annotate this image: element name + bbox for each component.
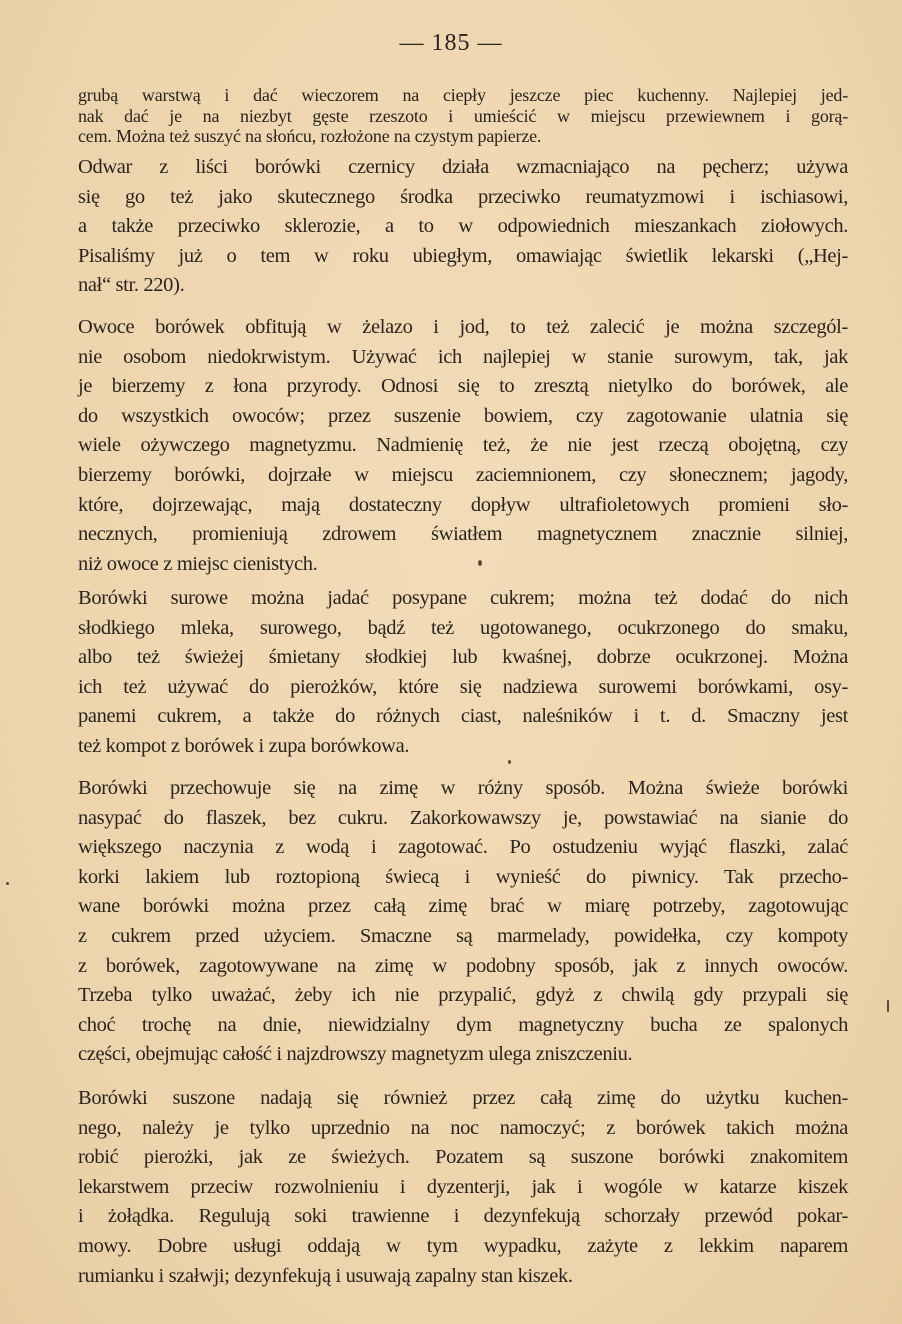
- text-line: części, obejmując całość i najzdrowszy m…: [78, 1040, 848, 1070]
- text-line: bierzemy borówki, dojrzałe w miejscu zac…: [78, 461, 848, 491]
- text-line: cem. Można też suszyć na słońcu, rozłożo…: [78, 126, 848, 147]
- text-line: do wszystkich owoców; przez suszenie bow…: [78, 402, 848, 432]
- text-line: Borówki suszone nadają się również przez…: [78, 1084, 848, 1114]
- text-line: Borówki surowe można jadać posypane cukr…: [78, 584, 848, 614]
- text-line: z borówek, zagotowywane na zimę w podobn…: [78, 952, 848, 982]
- paragraph-surowe: Borówki surowe można jadać posypane cukr…: [78, 584, 848, 762]
- text-line: się go też jako skutecznego środka przec…: [78, 183, 848, 213]
- scan-speck: [508, 760, 511, 764]
- paragraph-owoce: Owoce borówek obfitują w żelazo i jod, t…: [78, 313, 848, 579]
- text-line: wane borówki można przez całą zimę brać …: [78, 892, 848, 922]
- text-line: rumianku i szałwji; dezynfekują i usuwaj…: [78, 1262, 848, 1292]
- text-line: większego naczynia z wodą i zagotować. P…: [78, 833, 848, 863]
- scan-speck: [6, 882, 9, 885]
- text-line: z cukrem przed użyciem. Smaczne są marme…: [78, 922, 848, 952]
- text-line: nie osobom niedokrwistym. Używać ich naj…: [78, 343, 848, 373]
- text-line: nał“ str. 220).: [78, 271, 848, 301]
- book-page: — 185 — grubą warstwą i dać wieczorem na…: [0, 0, 902, 1324]
- scan-speck: [887, 1000, 889, 1012]
- text-line: panemi cukrem, a także do różnych ciast,…: [78, 702, 848, 732]
- text-line: mowy. Dobre usługi oddają w tym wypadku,…: [78, 1232, 848, 1262]
- text-line: a także przeciwko sklerozie, a to w odpo…: [78, 212, 848, 242]
- text-line: lekarstwem przeciw rozwolnieniu i dyzent…: [78, 1173, 848, 1203]
- text-line: i żołądka. Regulują soki trawienne i dez…: [78, 1202, 848, 1232]
- page-number: — 185 —: [0, 30, 902, 57]
- text-line: słodkiego mleka, surowego, bądź też ugot…: [78, 614, 848, 644]
- paragraph-continuation: grubą warstwą i dać wieczorem na ciepły …: [78, 85, 848, 147]
- text-line: niż owoce z miejsc cienistych.: [78, 550, 848, 580]
- text-line: ich też używać do pierożków, które się n…: [78, 673, 848, 703]
- text-line: necznych, promieniują zdrowem światłem m…: [78, 520, 848, 550]
- text-line: Odwar z liści borówki czernicy działa wz…: [78, 153, 848, 183]
- paragraph-odwar-lines: Odwar z liści borówki czernicy działa wz…: [78, 153, 848, 301]
- text-line: albo też świeżej śmietany słodkiej lub k…: [78, 643, 848, 673]
- text-line: choć trochę na dnie, niewidzialny dym ma…: [78, 1011, 848, 1041]
- text-line: Trzeba tylko uważać, żeby ich nie przypa…: [78, 981, 848, 1011]
- text-line: korki lakiem lub roztopioną świecą i wyn…: [78, 863, 848, 893]
- text-line: robić pierożki, jak ze świeżych. Pozatem…: [78, 1143, 848, 1173]
- text-line: nego, należy je tylko uprzednio na noc n…: [78, 1114, 848, 1144]
- scan-speck: [478, 560, 482, 566]
- text-line: nasypać do flaszek, bez cukru. Zakorkowa…: [78, 804, 848, 834]
- text-line: je bierzemy z łona przyrody. Odnosi się …: [78, 372, 848, 402]
- text-line: Owoce borówek obfitują w żelazo i jod, t…: [78, 313, 848, 343]
- text-line: też kompot z borówek i zupa borówkowa.: [78, 732, 848, 762]
- text-line: Pisaliśmy już o tem w roku ubiegłym, oma…: [78, 242, 848, 272]
- text-line: Borówki przechowuje się na zimę w różny …: [78, 774, 848, 804]
- text-line: które, dojrzewając, mają dostateczny dop…: [78, 491, 848, 521]
- text-line: nak dać je na niezbyt gęste rzeszoto i u…: [78, 106, 848, 127]
- paragraph-przechowywanie: Borówki przechowuje się na zimę w różny …: [78, 774, 848, 1070]
- text-line: wiele ożywczego magnetyzmu. Nadmienię te…: [78, 431, 848, 461]
- paragraph-suszone: Borówki suszone nadają się również przez…: [78, 1084, 848, 1291]
- text-line: grubą warstwą i dać wieczorem na ciepły …: [78, 85, 848, 106]
